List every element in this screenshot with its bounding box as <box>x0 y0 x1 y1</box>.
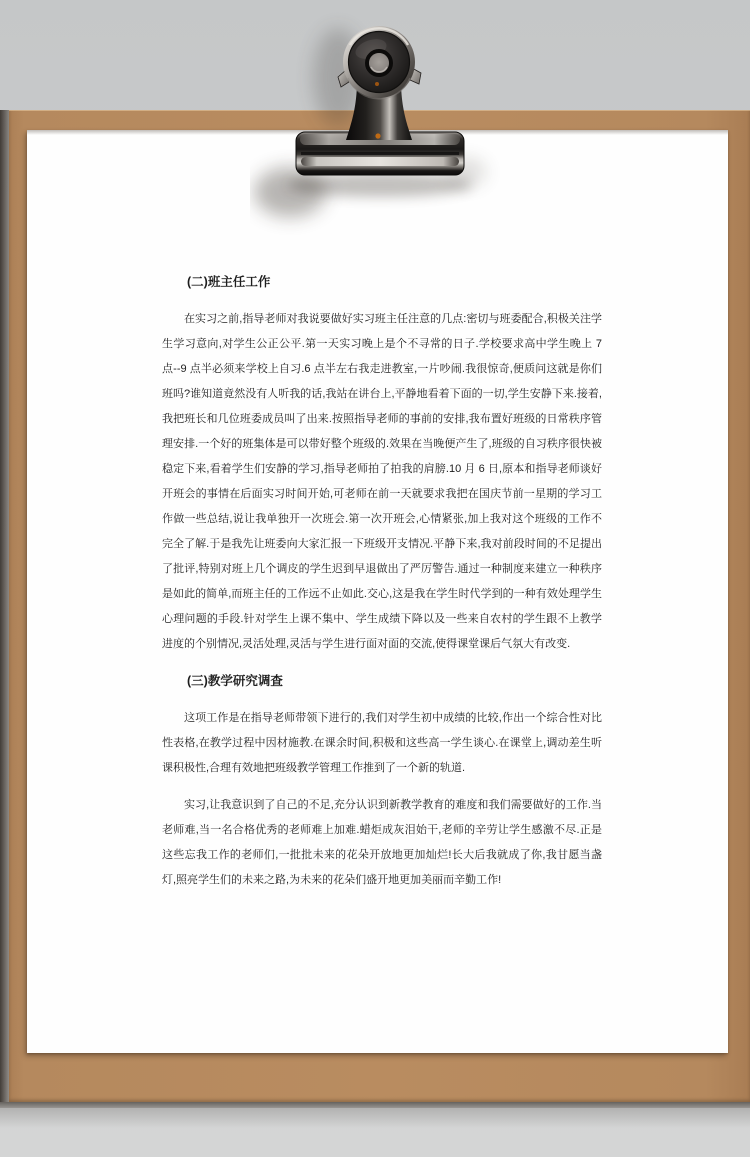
document-content: (二)班主任工作 在实习之前,指导老师对我说要做好实习班主任注意的几点:密切与班… <box>162 270 602 893</box>
wall-under-shadow <box>0 1108 750 1128</box>
paragraph: 这项工作是在指导老师带领下进行的,我们对学生初中成绩的比较,作出一个综合性对比性… <box>162 706 602 781</box>
paragraph: 在实习之前,指导老师对我说要做好实习班主任注意的几点:密切与班委配合,积极关注学… <box>162 307 602 657</box>
paper-sheet: (二)班主任工作 在实习之前,指导老师对我说要做好实习班主任注意的几点:密切与班… <box>27 130 728 1053</box>
scene: (二)班主任工作 在实习之前,指导老师对我说要做好实习班主任注意的几点:密切与班… <box>0 0 750 1157</box>
clip-glint <box>375 133 380 138</box>
section-heading-2: (二)班主任工作 <box>162 270 602 295</box>
board-left-shadow <box>0 110 9 1102</box>
clip-paper-shadow-under <box>288 173 472 197</box>
clip-knob <box>343 26 415 99</box>
section-heading-3: (三)教学研究调查 <box>162 669 602 694</box>
binder-clip <box>250 0 500 235</box>
paragraph: 实习,让我意识到了自己的不足,充分认识到新教学教育的难度和我们需要做好的工作.当… <box>162 793 602 893</box>
